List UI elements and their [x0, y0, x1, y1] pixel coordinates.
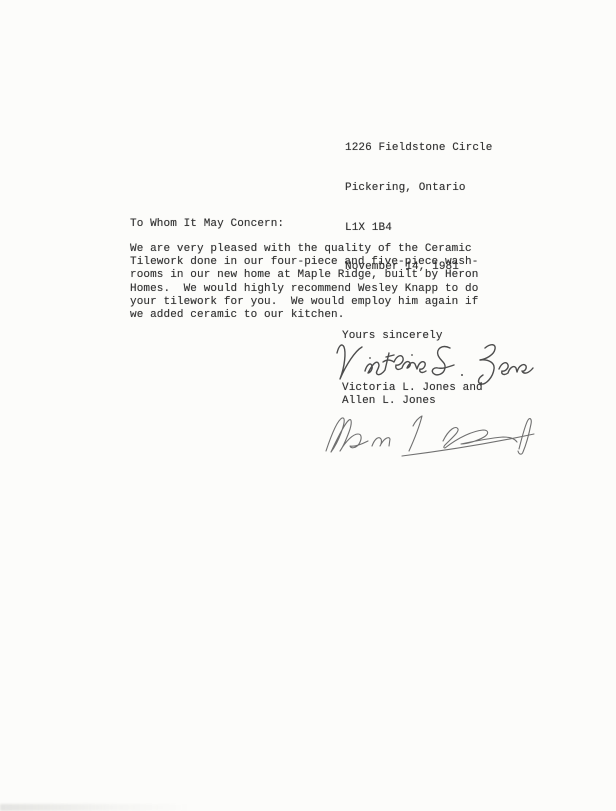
postal-code: L1X 1B4 [345, 222, 492, 235]
address-line-1: 1226 Fieldstone Circle [345, 142, 492, 155]
letter-page: 1226 Fieldstone Circle Pickering, Ontari… [0, 0, 616, 811]
address-line-2: Pickering, Ontario [345, 182, 492, 195]
scan-artifact [0, 804, 190, 811]
allen-signature [322, 404, 540, 458]
salutation: To Whom It May Concern: [130, 218, 284, 231]
letter-body: We are very pleased with the quality of … [130, 243, 478, 322]
